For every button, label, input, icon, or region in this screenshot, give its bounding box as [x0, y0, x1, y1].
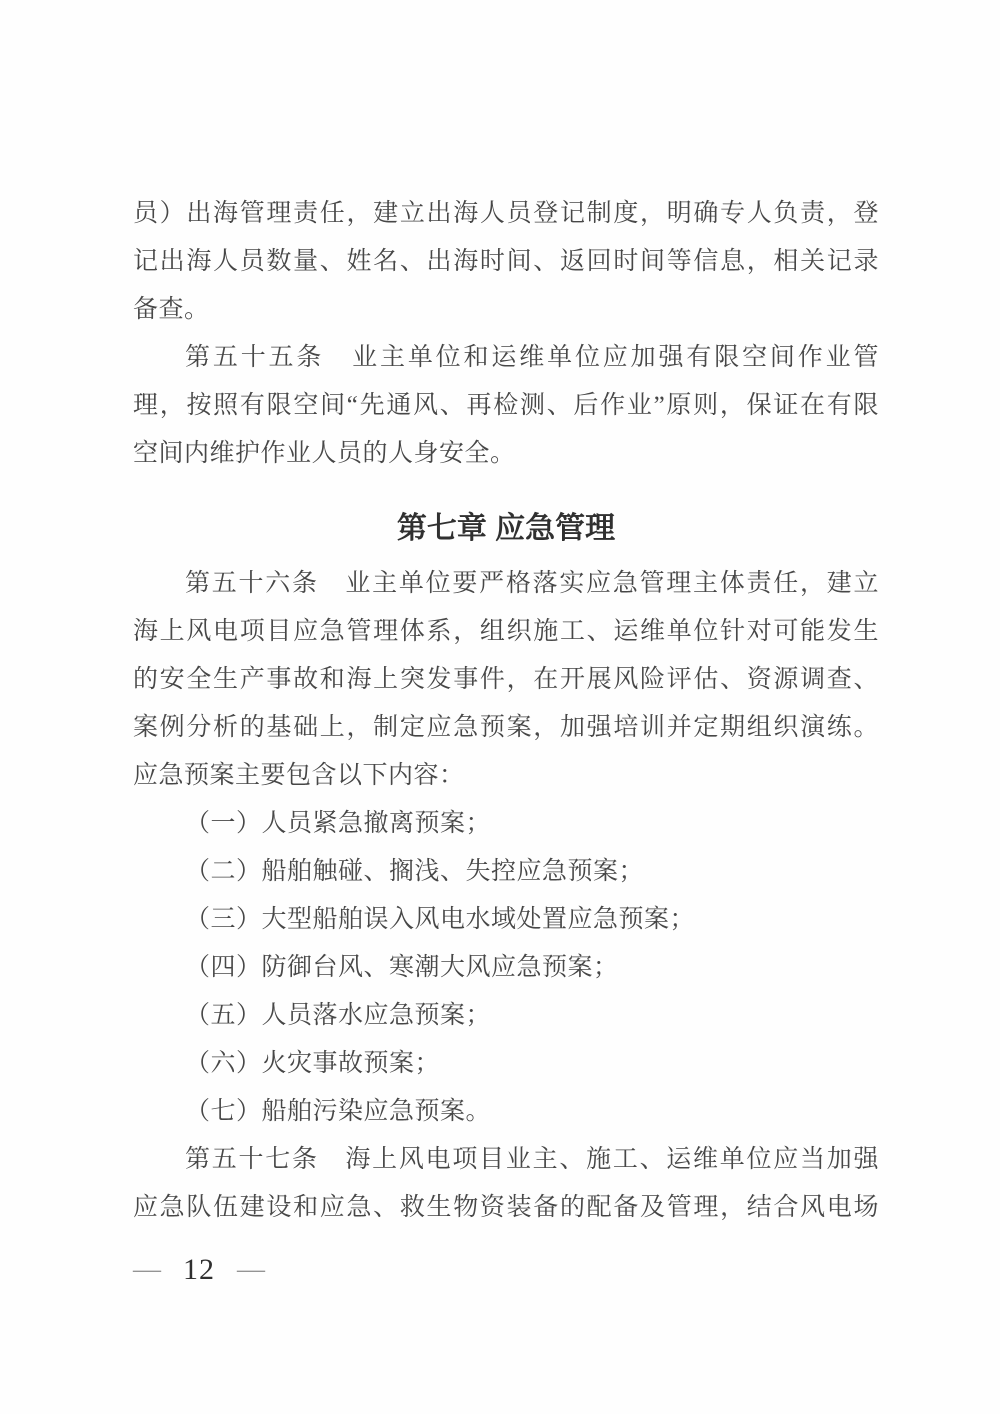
page-footer: — 12 — [133, 1250, 265, 1290]
list-item: （七）船舶污染应急预案。 [133, 1088, 879, 1136]
article-56-line: 第五十六条 业主单位要严格落实应急管理主体责任，建立 [133, 560, 879, 608]
document-body: 员）出海管理责任，建立出海人员登记制度，明确专人负责，登 记出海人员数量、姓名、… [133, 190, 879, 1232]
list-item: （四）防御台风、寒潮大风应急预案； [133, 944, 879, 992]
article-55-line: 第五十五条 业主单位和运维单位应加强有限空间作业管 [133, 334, 879, 382]
text-line: 应急队伍建设和应急、救生物资装备的配备及管理，结合风电场 [133, 1184, 879, 1232]
list-item: （六）火灾事故预案； [133, 1040, 879, 1088]
list-item: （三）大型船舶误入风电水域处置应急预案； [133, 896, 879, 944]
footer-dash-left: — [133, 1250, 161, 1290]
text-line: 备查。 [133, 286, 879, 334]
list-item: （二）船舶触碰、搁浅、失控应急预案； [133, 848, 879, 896]
text-line: 案例分析的基础上，制定应急预案，加强培训并定期组织演练。 [133, 704, 879, 752]
list-item: （五）人员落水应急预案； [133, 992, 879, 1040]
footer-dash-right: — [237, 1250, 265, 1290]
text-line: 空间内维护作业人员的人身安全。 [133, 430, 879, 478]
text-line: 记出海人员数量、姓名、出海时间、返回时间等信息，相关记录 [133, 238, 879, 286]
text-line: 应急预案主要包含以下内容： [133, 752, 879, 800]
article-57-line: 第五十七条 海上风电项目业主、施工、运维单位应当加强 [133, 1136, 879, 1184]
document-page: 员）出海管理责任，建立出海人员登记制度，明确专人负责，登 记出海人员数量、姓名、… [0, 0, 1000, 1414]
text-line: 的安全生产事故和海上突发事件，在开展风险评估、资源调查、 [133, 656, 879, 704]
text-line: 海上风电项目应急管理体系，组织施工、运维单位针对可能发生 [133, 608, 879, 656]
list-item: （一）人员紧急撤离预案； [133, 800, 879, 848]
text-line: 理，按照有限空间“先通风、再检测、后作业”原则，保证在有限 [133, 382, 879, 430]
page-number: 12 [183, 1250, 215, 1290]
chapter-heading: 第七章 应急管理 [133, 506, 879, 552]
text-line: 员）出海管理责任，建立出海人员登记制度，明确专人负责，登 [133, 190, 879, 238]
